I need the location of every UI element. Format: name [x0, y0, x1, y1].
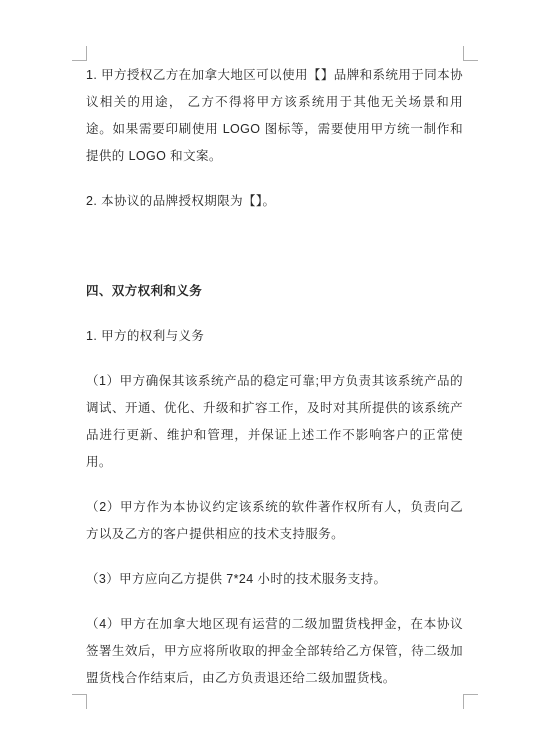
document-content: 1. 甲方授权乙方在加拿大地区可以使用【】品牌和系统用于同本协议相关的用途， 乙…	[86, 62, 463, 692]
subsection-heading: 1. 甲方的权利与义务	[86, 323, 463, 350]
empty-line	[86, 233, 463, 260]
margin-corner-mark-bottom-left	[72, 694, 87, 709]
clause-2-paragraph: 2. 本协议的品牌授权期限为【】。	[86, 188, 463, 215]
margin-corner-mark-top-left	[72, 46, 87, 61]
document-page[interactable]: 1. 甲方授权乙方在加拿大地区可以使用【】品牌和系统用于同本协议相关的用途， 乙…	[0, 0, 549, 732]
item-paragraph-4: （4）甲方在加拿大地区现有运营的二级加盟货栈押金，在本协议签署生效后，甲方应将所…	[86, 611, 463, 692]
margin-corner-mark-bottom-right	[463, 694, 478, 709]
section-heading: 四、双方权利和义务	[86, 278, 463, 305]
item-paragraph-3: （3）甲方应向乙方提供 7*24 小时的技术服务支持。	[86, 566, 463, 593]
item-paragraph-2: （2）甲方作为本协议约定该系统的软件著作权所有人，负责向乙方以及乙方的客户提供相…	[86, 494, 463, 548]
margin-corner-mark-top-right	[463, 46, 478, 61]
clause-1-paragraph: 1. 甲方授权乙方在加拿大地区可以使用【】品牌和系统用于同本协议相关的用途， 乙…	[86, 62, 463, 170]
item-paragraph-1: （1）甲方确保其该系统产品的稳定可靠;甲方负责其该系统产品的调试、开通、优化、升…	[86, 368, 463, 476]
